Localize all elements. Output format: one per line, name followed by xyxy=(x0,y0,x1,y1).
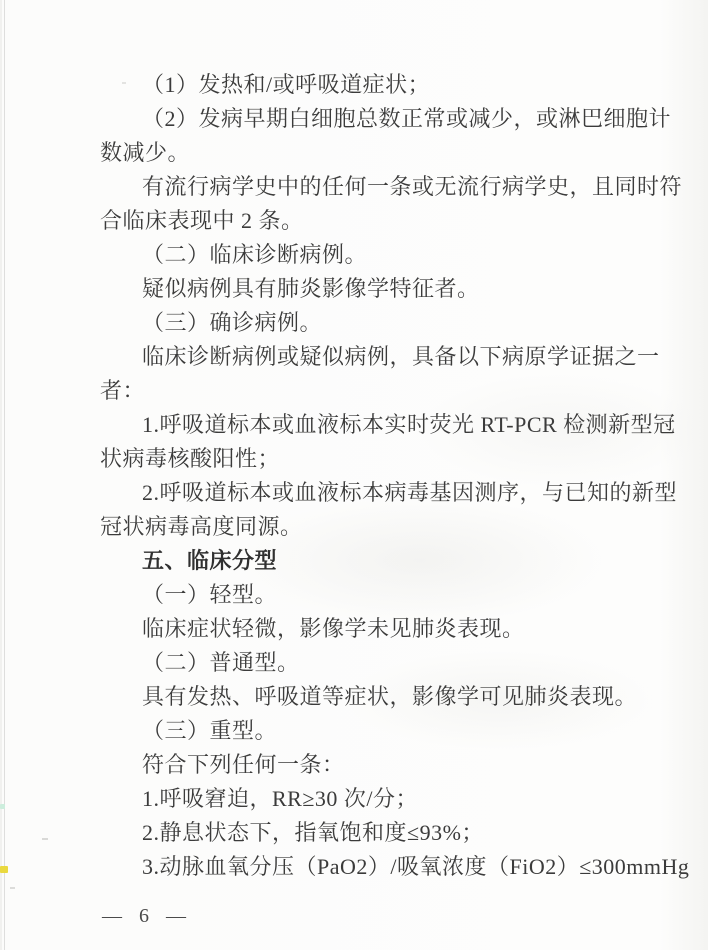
scanned-document-page: （1）发热和/或呼吸道症状； （2）发病早期白细胞总数正常或减少，或淋巴细胞计 … xyxy=(0,0,708,950)
text-line: 冠状病毒高度同源。 xyxy=(100,510,652,544)
text-line: 数减少。 xyxy=(100,136,652,170)
text-line: 状病毒核酸阳性； xyxy=(100,442,652,476)
text-line: 2.静息状态下，指氧饱和度≤93%； xyxy=(100,816,652,850)
text-line: 合临床表现中 2 条。 xyxy=(100,204,652,238)
text-line: （三）确诊病例。 xyxy=(100,306,652,340)
text-line: 具有发热、呼吸道等症状，影像学可见肺炎表现。 xyxy=(100,680,652,714)
text-line: （二）临床诊断病例。 xyxy=(100,238,652,272)
text-line: （2）发病早期白细胞总数正常或减少，或淋巴细胞计 xyxy=(100,102,652,136)
scan-speck xyxy=(10,887,15,889)
document-body: （1）发热和/或呼吸道症状； （2）发病早期白细胞总数正常或减少，或淋巴细胞计 … xyxy=(100,68,652,884)
text-line: 1.呼吸窘迫，RR≥30 次/分； xyxy=(100,782,652,816)
text-line: 临床诊断病例或疑似病例，具备以下病原学证据之一 xyxy=(100,340,652,374)
scan-speck xyxy=(42,838,48,840)
text-line: 符合下列任何一条： xyxy=(100,748,652,782)
text-line: 有流行病学史中的任何一条或无流行病学史，且同时符 xyxy=(100,170,652,204)
text-line: （三）重型。 xyxy=(100,714,652,748)
text-line: 3.动脉血氧分压（PaO2）/吸氧浓度（FiO2）≤300mmHg xyxy=(100,850,652,884)
text-line: 者： xyxy=(100,374,652,408)
page-number: — 6 — xyxy=(102,905,192,928)
text-line: （1）发热和/或呼吸道症状； xyxy=(100,68,652,102)
scan-mark-green xyxy=(0,804,5,809)
text-line: 临床症状轻微，影像学未见肺炎表现。 xyxy=(100,612,652,646)
section-heading: 五、临床分型 xyxy=(100,544,652,578)
text-line: 疑似病例具有肺炎影像学特征者。 xyxy=(100,272,652,306)
scan-mark-yellow xyxy=(0,866,8,873)
text-line: 1.呼吸道标本或血液标本实时荧光 RT-PCR 检测新型冠 xyxy=(100,408,652,442)
text-line: （一）轻型。 xyxy=(100,578,652,612)
text-line: （二）普通型。 xyxy=(100,646,652,680)
text-line: 2.呼吸道标本或血液标本病毒基因测序，与已知的新型 xyxy=(100,476,652,510)
